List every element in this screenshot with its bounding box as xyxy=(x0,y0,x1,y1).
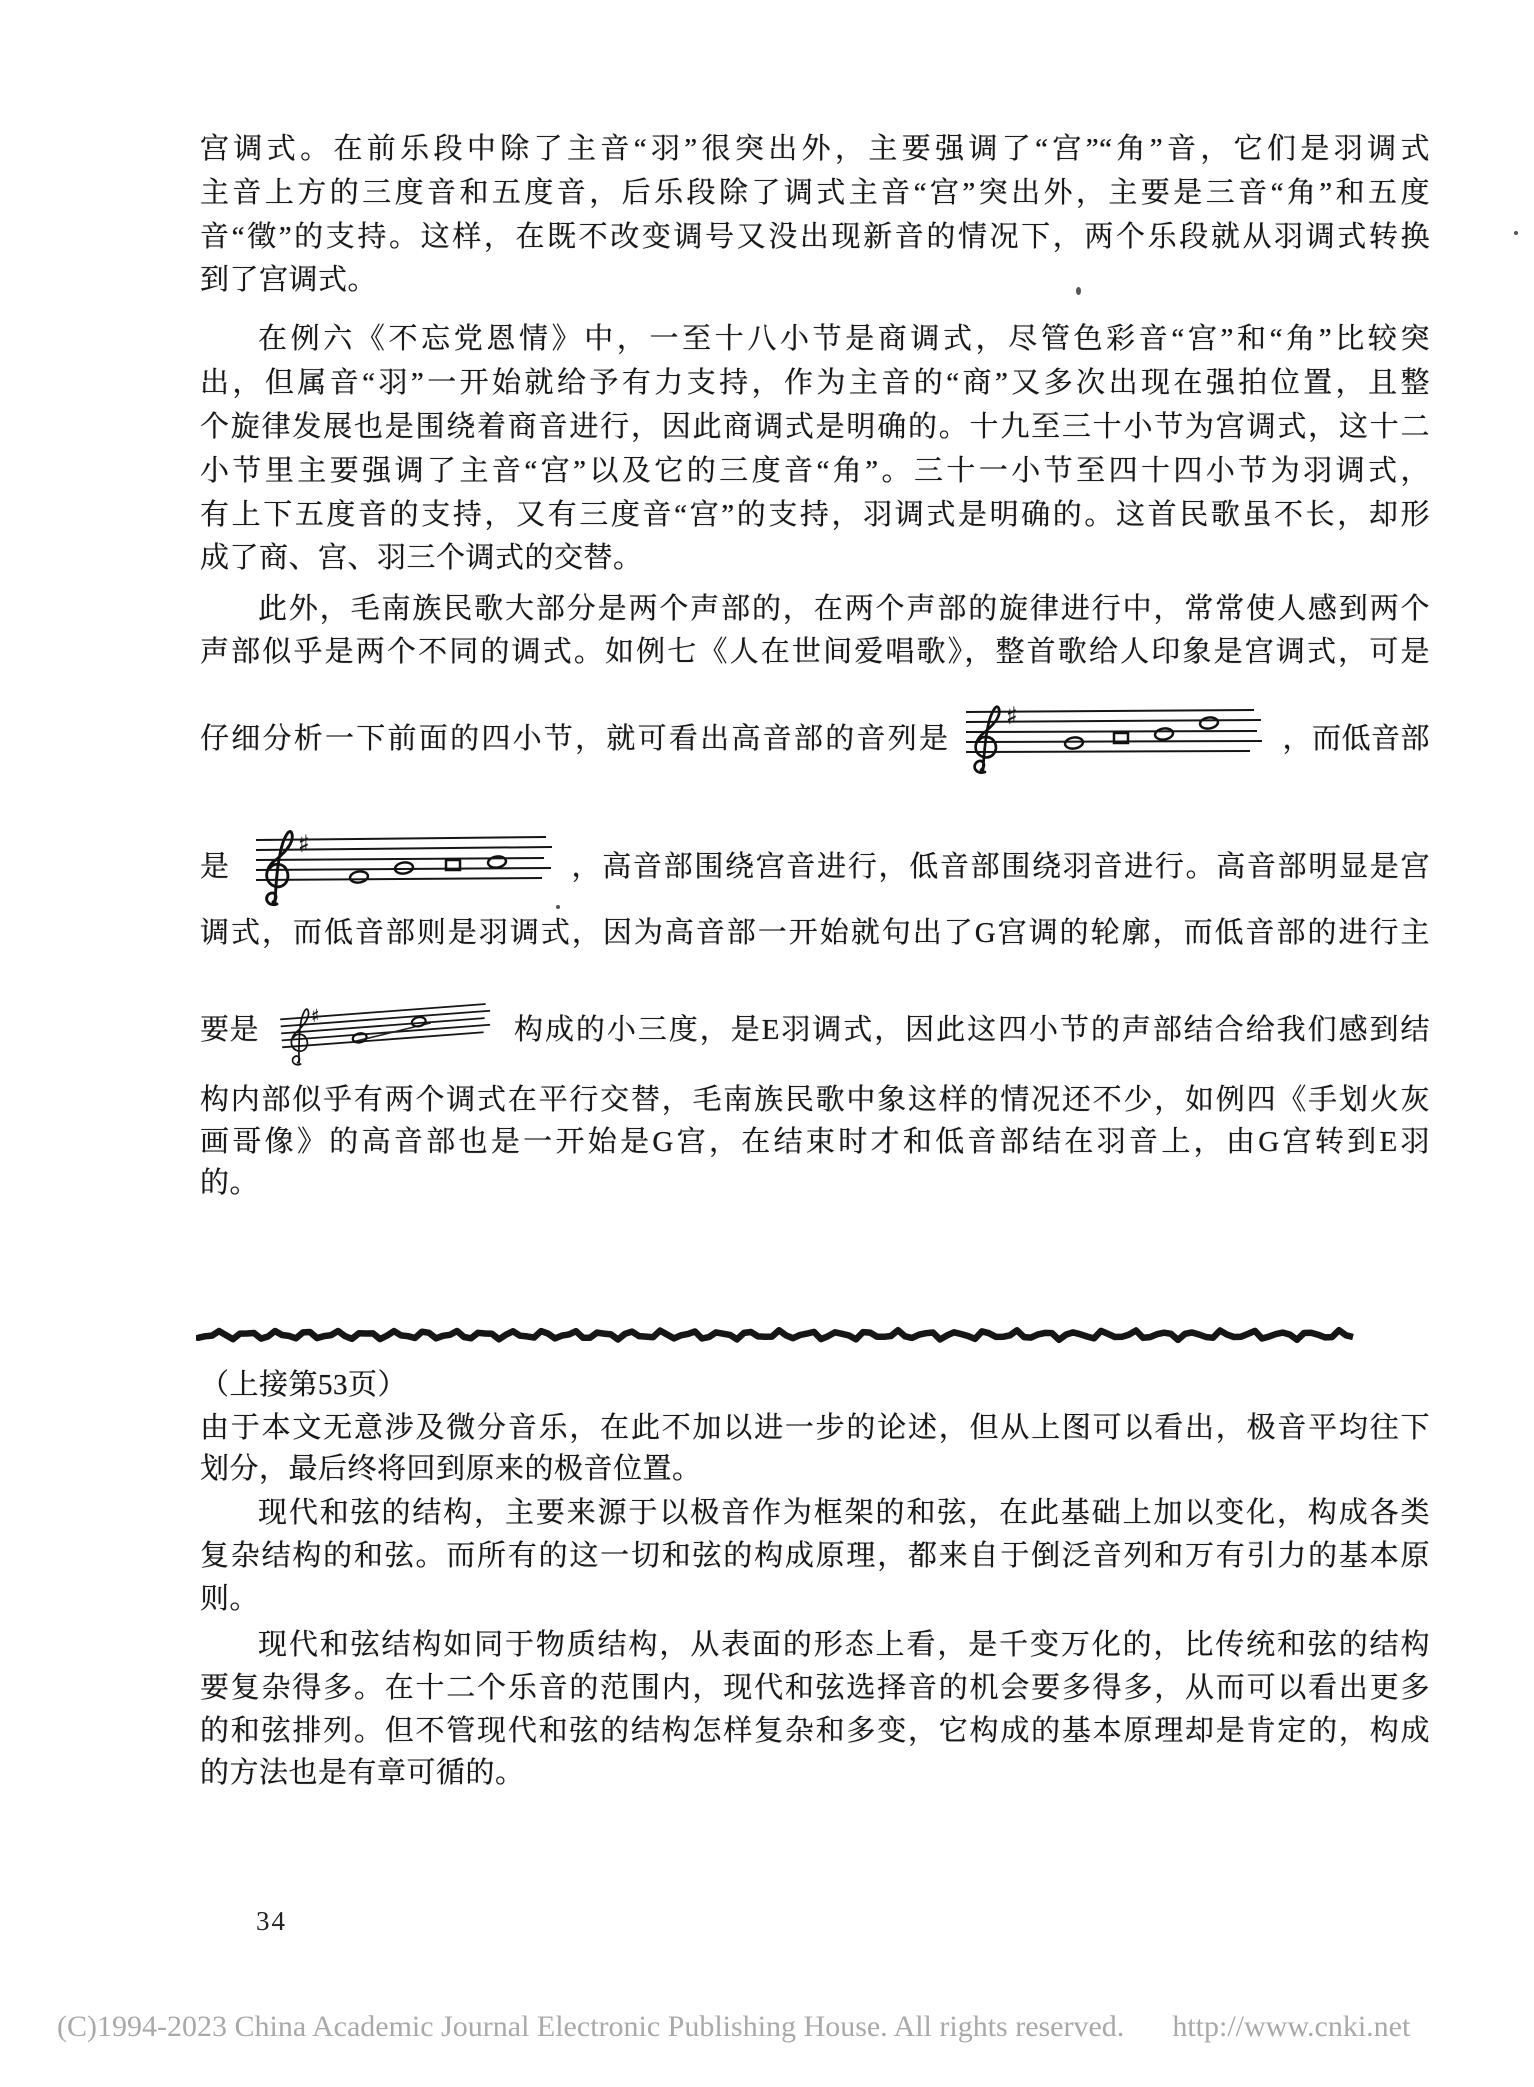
whole-note xyxy=(487,855,506,868)
sharp-icon: ♯ xyxy=(298,830,310,858)
page-number: 34 xyxy=(256,1906,287,1937)
text-line: 则。 xyxy=(200,1582,1430,1616)
text-line: 有上下五度音的支持，又有三度音“宫”的支持，羽调式是明确的。这首民歌虽不长，却形 xyxy=(200,498,1430,532)
text-line: 成了商、宫、羽三个调式的交替。 xyxy=(200,541,1430,575)
whole-note xyxy=(1065,736,1084,749)
text-line: 小节里主要强调了主音“宫”以及它的三度音“角”。三十一小节至四十四小节为羽调式， xyxy=(200,454,1430,488)
text-line: 出，但属音“羽”一开始就给予有力支持，作为主音的“商”又多次出现在强拍位置，且整 xyxy=(200,366,1430,400)
text-segment: 是 xyxy=(200,844,230,885)
text-line: 主音上方的三度音和五度音，后乐段除了调式主音“宫”突出外，主要是三音“角”和五度 xyxy=(200,176,1430,210)
text-line-with-notation: 要是 ♯ 构成的小三 xyxy=(200,982,1430,1072)
whole-note xyxy=(349,870,368,883)
continuation-note: （上接第53页） xyxy=(200,1368,1430,1402)
copyright-text: (C)1994-2023 China Academic Journal Elec… xyxy=(57,2010,1124,2043)
treble-clef-icon xyxy=(975,707,1000,773)
text-line: 在例六《不忘党恩情》中，一至十八小节是商调式，尽管色彩音“宫”和“角”比较突 xyxy=(200,322,1430,356)
text-line: 画哥像》的高音部也是一开始是G宫，在结束时才和低音部结在羽音上，由G宫转到E羽 xyxy=(200,1125,1430,1159)
text-line: 现代和弦的结构，主要来源于以极音作为框架的和弦，在此基础上加以变化，构成各类 xyxy=(200,1496,1430,1530)
scanned-journal-page: 宫调式。在前乐段中除了主音“羽”很突出外，主要强调了“宫”“角”音，它们是羽调式… xyxy=(0,0,1534,2087)
cnki-url: http://www.cnki.net xyxy=(1172,2010,1410,2043)
text-line-with-notation: 是 ♯ xyxy=(200,818,1430,910)
text-segment: 构成的小三度，是E羽调式，因此这四小节的声部结合给我们感到结 xyxy=(514,1007,1430,1048)
text-segment: ，高音部围绕宫音进行，低音部围绕羽音进行。高音部明显是宫 xyxy=(572,844,1430,885)
text-line: 个旋律发展也是围绕着商音进行，因此商调式是明确的。十九至三十小节为宫调式，这十二 xyxy=(200,410,1430,444)
text-line: 此外，毛南族民歌大部分是两个声部的，在两个声部的旋律进行中，常常使人感到两个 xyxy=(200,592,1430,626)
text-line: 的和弦排列。但不管现代和弦的结构怎样复杂和多变，它构成的基本原理却是肯定的，构成 xyxy=(200,1714,1430,1748)
text-line: 构内部似乎有两个调式在平行交替，毛南族民歌中象这样的情况还不少，如例四《手划火灰 xyxy=(200,1083,1430,1117)
text-line: 的。 xyxy=(200,1166,1430,1200)
text-line: 音“徵”的支持。这样，在既不改变调号又没出现新音的情况下，两个乐段就从羽调式转换 xyxy=(200,220,1430,254)
music-staff-example7-lower-voice: ♯ xyxy=(254,816,554,912)
treble-clef-icon xyxy=(266,831,292,904)
scan-speck xyxy=(1076,287,1081,295)
whole-note xyxy=(1155,727,1174,740)
text-line: 到了宫调式。 xyxy=(200,263,1430,297)
section-divider xyxy=(196,1326,1361,1344)
whole-note xyxy=(411,1016,427,1028)
scan-speck xyxy=(556,905,560,909)
text-line: 现代和弦结构如同于物质结构，从表面的形态上看，是千变万化的，比传统和弦的结构 xyxy=(200,1628,1430,1662)
scan-speck xyxy=(1514,231,1518,235)
text-line: 要复杂得多。在十二个乐音的范围内，现代和弦选择音的机会要多得多，从而可以看出更多 xyxy=(200,1671,1430,1705)
sharp-icon: ♯ xyxy=(310,1006,321,1028)
text-segment: 仔细分析一下前面的四小节，就可看出高音部的音列是 xyxy=(200,716,948,757)
text-line: 的方法也是有章可循的。 xyxy=(200,1756,1430,1790)
music-staff-example7-upper-voice: ♯ xyxy=(964,690,1264,782)
whole-note xyxy=(1200,716,1219,729)
text-line: 复杂结构的和弦。而所有的这一切和弦的构成原理，都来自于倒泛音列和万有引力的基本原 xyxy=(200,1539,1430,1573)
text-line-with-notation: 仔细分析一下前面的四小节，就可看出高音部的音列是 ♯ xyxy=(200,690,1430,782)
text-segment: 要是 xyxy=(200,1007,259,1048)
sharp-icon: ♯ xyxy=(1006,702,1018,730)
text-line: 划分，最后终将回到原来的极音位置。 xyxy=(200,1452,1430,1486)
text-line: 声部似乎是两个不同的调式。如例七《人在世间爱唱歌》，整首歌给人印象是宫调式，可是 xyxy=(200,635,1430,669)
music-staff-minor-third: ♯ xyxy=(277,983,497,1072)
text-line: 调式，而低音部则是羽调式，因为高音部一开始就句出了G宫调的轮廓，而低音部的进行主 xyxy=(200,916,1430,950)
text-segment: ，而低音部 xyxy=(1282,716,1430,757)
watermark-footer: (C)1994-2023 China Academic Journal Elec… xyxy=(57,2010,1487,2044)
text-line: 宫调式。在前乐段中除了主音“羽”很突出外，主要强调了“宫”“角”音，它们是羽调式 xyxy=(200,132,1430,166)
text-line: 由于本文无意涉及微分音乐，在此不加以进一步的论述，但从上图可以看出，极音平均往下 xyxy=(200,1411,1430,1445)
